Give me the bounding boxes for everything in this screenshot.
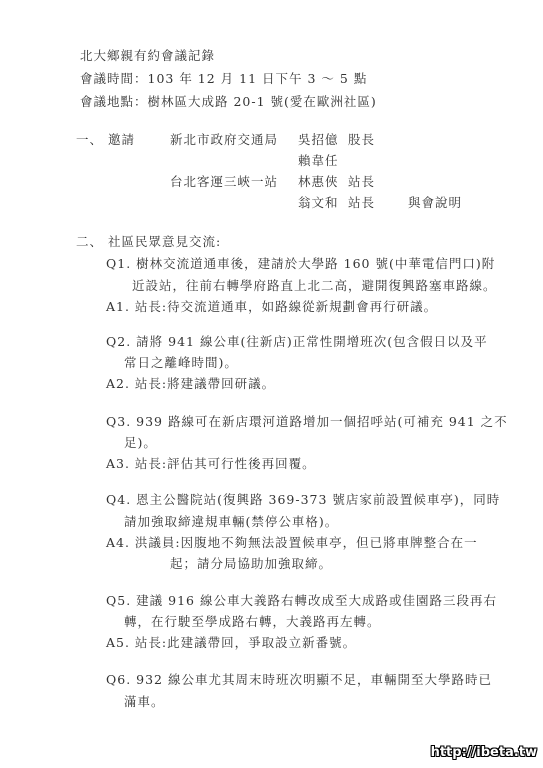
question-2-cont: 常日之離峰時間)。	[124, 355, 238, 371]
question-5-cont: 轉，在行駛至學成路右轉，大義路再左轉。	[124, 614, 381, 630]
org-name: 台北客運三峽一站	[170, 174, 278, 190]
meeting-time: 會議時間：103 年 12 月 11 日下午 3 ～ 5 點	[80, 71, 367, 87]
person-name: 賴韋任	[298, 153, 339, 169]
answer-4-cont: 起；請分局協助加強取締。	[170, 556, 332, 572]
person-name: 吳招億	[298, 132, 339, 148]
answer-5: A5. 站長:此建議帶回，爭取設立新番號。	[106, 635, 356, 651]
section2-label: 二、 社區民眾意見交流:	[76, 234, 221, 250]
question-1: Q1. 樹林交流道通車後，建請於大學路 160 號(中華電信門口)附	[106, 256, 495, 272]
person-title: 股長	[348, 132, 375, 148]
question-2: Q2. 請將 941 線公車(往新店)正常性開增班次(包含假日以及平	[106, 334, 488, 350]
doc-title: 北大鄉親有約會議記錄	[80, 48, 215, 64]
org-name: 新北市政府交通局	[170, 132, 278, 148]
answer-1: A1. 站長:待交流道通車，如路線從新規劃會再行研議。	[106, 299, 437, 315]
meeting-place: 會議地點：樹林區大成路 20-1 號(愛在歐洲社區)	[80, 94, 377, 110]
person-name: 林惠俠	[298, 174, 339, 190]
section1-label: 一、 邀請	[76, 132, 135, 148]
person-title: 站長	[348, 195, 375, 211]
answer-4: A4. 洪議員:因腹地不夠無法設置候車亭，但已將車牌整合在一	[106, 535, 478, 551]
question-4: Q4. 恩主公醫院站(復興路 369-373 號店家前設置候車亭)，同時	[106, 492, 500, 508]
document-page: 北大鄉親有約會議記錄 會議時間：103 年 12 月 11 日下午 3 ～ 5 …	[0, 0, 543, 768]
question-6: Q6. 932 線公車尤其周末時班次明顯不足，車輛開至大學路時已	[106, 672, 492, 688]
question-1-cont: 近設站，往前右轉學府路直上北二高，避開復興路塞車路線。	[132, 278, 497, 294]
person-title: 站長	[348, 174, 375, 190]
question-4-cont: 請加強取締違規車輛(禁停公車格)。	[124, 514, 338, 530]
question-3-cont: 足)。	[124, 435, 157, 451]
watermark: http://ibeta.tw	[431, 745, 537, 760]
question-5: Q5. 建議 916 線公車大義路右轉改成至大成路或佳園路三段再右	[106, 593, 497, 609]
answer-2: A2. 站長:將建議帶回研議。	[106, 376, 275, 392]
person-name: 翁文和	[298, 195, 339, 211]
question-3: Q3. 939 路線可在新店環河道路增加一個招呼站(可補充 941 之不	[106, 414, 508, 430]
question-6-cont: 滿車。	[124, 694, 165, 710]
attendance-note: 與會說明	[408, 195, 462, 211]
answer-3: A3. 站長:評估其可行性後再回覆。	[106, 456, 316, 472]
